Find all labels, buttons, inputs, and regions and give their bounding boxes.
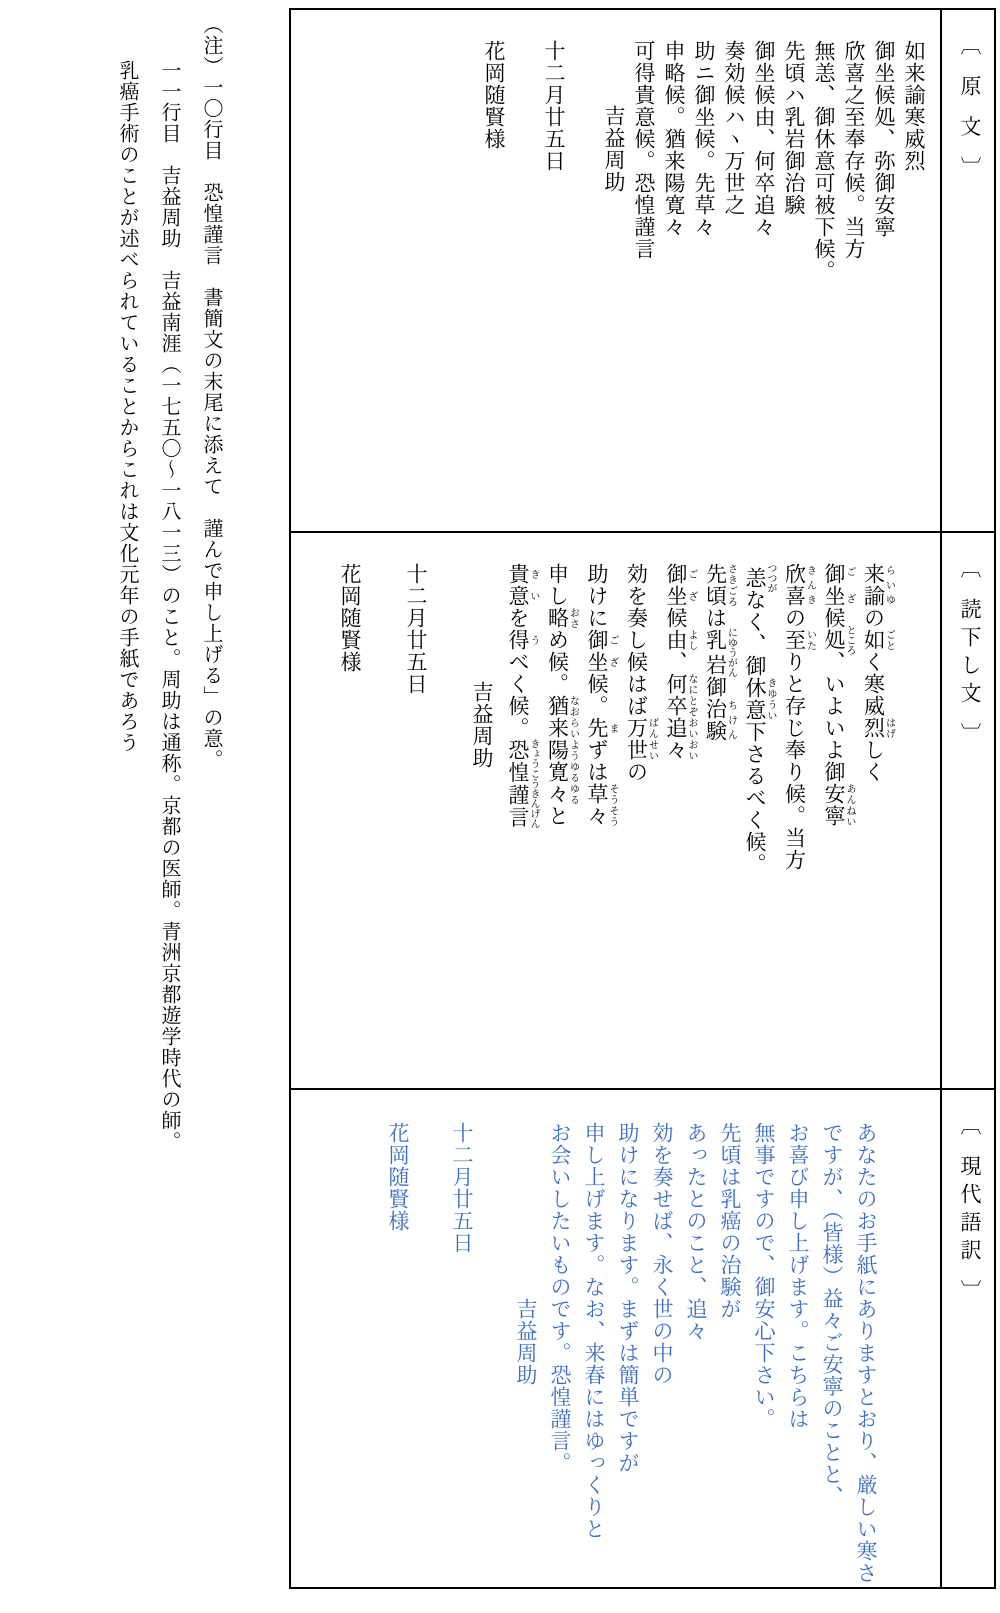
text-column: 申し上げます。なお、来春にはゆっくりと bbox=[576, 1122, 610, 1587]
text-column: 先頃は乳癌の治験が bbox=[712, 1122, 746, 1587]
text-column: 御坐候処、弥御安寧 bbox=[868, 40, 898, 531]
date-column: 十二月廿五日 bbox=[397, 563, 433, 1088]
addressee-column: 花岡随賢様 bbox=[331, 563, 367, 1088]
text-column: 効を奏し候はば万世ばんせいの bbox=[618, 563, 658, 1088]
text-column: 無恙、御休意可被下候。 bbox=[808, 40, 838, 531]
text-column: 貴意きいを得うべく候。恐惶謹言きょうこうきんげん bbox=[499, 563, 539, 1088]
note-line: 一一行目 吉益周助 吉益南涯（一七五〇～一八一三）のこと。周助は通称。京都の医師… bbox=[148, 14, 190, 1244]
text-column: 如来諭寒威烈 bbox=[898, 40, 928, 531]
signature-column: 吉益周助 bbox=[463, 563, 499, 1088]
addressee-column: 花岡随賢様 bbox=[478, 40, 508, 531]
section-genbun: 如来諭寒威烈御坐候処、弥御安寧欣喜之至奉存候。当方無恙、御休意可被下候。先頃ハ乳… bbox=[291, 10, 994, 533]
signature-column: 吉益周助 bbox=[598, 40, 628, 531]
date-column: 十二月廿五日 bbox=[444, 1122, 478, 1587]
note-line: 乳癌手術のことが述べられていることからこれは文化元年の手紙であろう bbox=[106, 14, 148, 1244]
text-column: あったとのこと、追々 bbox=[678, 1122, 712, 1587]
text-column: 欣喜之至奉存候。当方 bbox=[838, 40, 868, 531]
text-column: 申し略おさめ候。猶来陽寛々なおらいようゆるゆると bbox=[539, 563, 579, 1088]
text-column: 可得貴意候。恐惶謹言 bbox=[628, 40, 658, 531]
gendaigoyaku-content: あなたのお手紙にありますとおり、厳しい寒さですが、（皆様）益々ご安寧のことと、お… bbox=[291, 1090, 940, 1587]
yomikudashi-content: 来諭らいゆの如ごとく寒威烈はげしく御坐ご ざ候処ところ、いよいよ御安寧あんねい欣… bbox=[291, 533, 940, 1088]
text-column: 助ニ御坐候。先草々 bbox=[688, 40, 718, 531]
section-yomikudashi: 来諭らいゆの如ごとく寒威烈はげしく御坐ご ざ候処ところ、いよいよ御安寧あんねい欣… bbox=[291, 533, 994, 1090]
text-column: 助けに御坐ござ候。先まずは草々そうそう bbox=[578, 563, 618, 1088]
text-column: 効を奏せば、永く世の中の bbox=[644, 1122, 678, 1587]
signature-column: 吉益周助 bbox=[508, 1122, 542, 1587]
section-header-yomikudashi: 〔 読下し文 〕 bbox=[940, 533, 994, 1088]
addressee-column: 花岡随賢様 bbox=[380, 1122, 414, 1587]
text-column: 無事ですので、御安心下さい。 bbox=[746, 1122, 780, 1587]
page: （注）一〇行目 恐惶謹言 書簡文の末尾に添えて 謹んで申し上げる」の意。 一一行… bbox=[0, 0, 1000, 1613]
text-column: 欣喜きんきの至いたりと存じ奉り候。当方 bbox=[776, 563, 816, 1088]
text-column: 先頃ハ乳岩御治験 bbox=[778, 40, 808, 531]
text-column: お会いしたいものです。恐惶謹言。 bbox=[542, 1122, 576, 1587]
section-header-gendaigoyaku: 〔 現代語訳 〕 bbox=[940, 1090, 994, 1587]
genbun-content: 如来諭寒威烈御坐候処、弥御安寧欣喜之至奉存候。当方無恙、御休意可被下候。先頃ハ乳… bbox=[291, 10, 940, 531]
text-column: 奏効候ハヽ万世之 bbox=[718, 40, 748, 531]
text-column: お喜び申し上げます。こちらは bbox=[780, 1122, 814, 1587]
text-column: 御坐ござ候由よし、何卒追々なにとぞおいおい bbox=[657, 563, 697, 1088]
text-column: ですが、（皆様）益々ご安寧のことと、 bbox=[814, 1122, 848, 1587]
text-column: あなたのお手紙にありますとおり、厳しい寒さ bbox=[848, 1122, 882, 1587]
text-column: 御坐ご ざ候処ところ、いよいよ御安寧あんねい bbox=[815, 563, 855, 1088]
section-header-genbun: 〔 原 文 〕 bbox=[940, 10, 994, 531]
note-label: （注） bbox=[200, 14, 222, 77]
section-gendaigoyaku: あなたのお手紙にありますとおり、厳しい寒さですが、（皆様）益々ご安寧のことと、お… bbox=[291, 1090, 994, 1587]
text-column: 助けになります。まずは簡単ですが bbox=[610, 1122, 644, 1587]
note-line: （注）一〇行目 恐惶謹言 書簡文の末尾に添えて 謹んで申し上げる」の意。 bbox=[190, 14, 232, 1244]
text-column: 先頃さきごろは乳岩にゆうがん御治験ちけん bbox=[697, 563, 737, 1088]
note-line-text: 一〇行目 恐惶謹言 書簡文の末尾に添えて 謹んで申し上げる」の意。 bbox=[200, 77, 222, 770]
text-column: 来諭らいゆの如ごとく寒威烈はげしく bbox=[855, 563, 895, 1088]
date-column: 十二月廿五日 bbox=[538, 40, 568, 531]
text-column: 申略候。猶来陽寛々 bbox=[658, 40, 688, 531]
text-column: 御坐候由、何卒追々 bbox=[748, 40, 778, 531]
document-table: 如来諭寒威烈御坐候処、弥御安寧欣喜之至奉存候。当方無恙、御休意可被下候。先頃ハ乳… bbox=[289, 8, 996, 1589]
notes-block: （注）一〇行目 恐惶謹言 書簡文の末尾に添えて 謹んで申し上げる」の意。 一一行… bbox=[106, 14, 232, 1244]
text-column: 恙つつがなく、御休意きゆうい下さるべく候。 bbox=[736, 563, 776, 1088]
